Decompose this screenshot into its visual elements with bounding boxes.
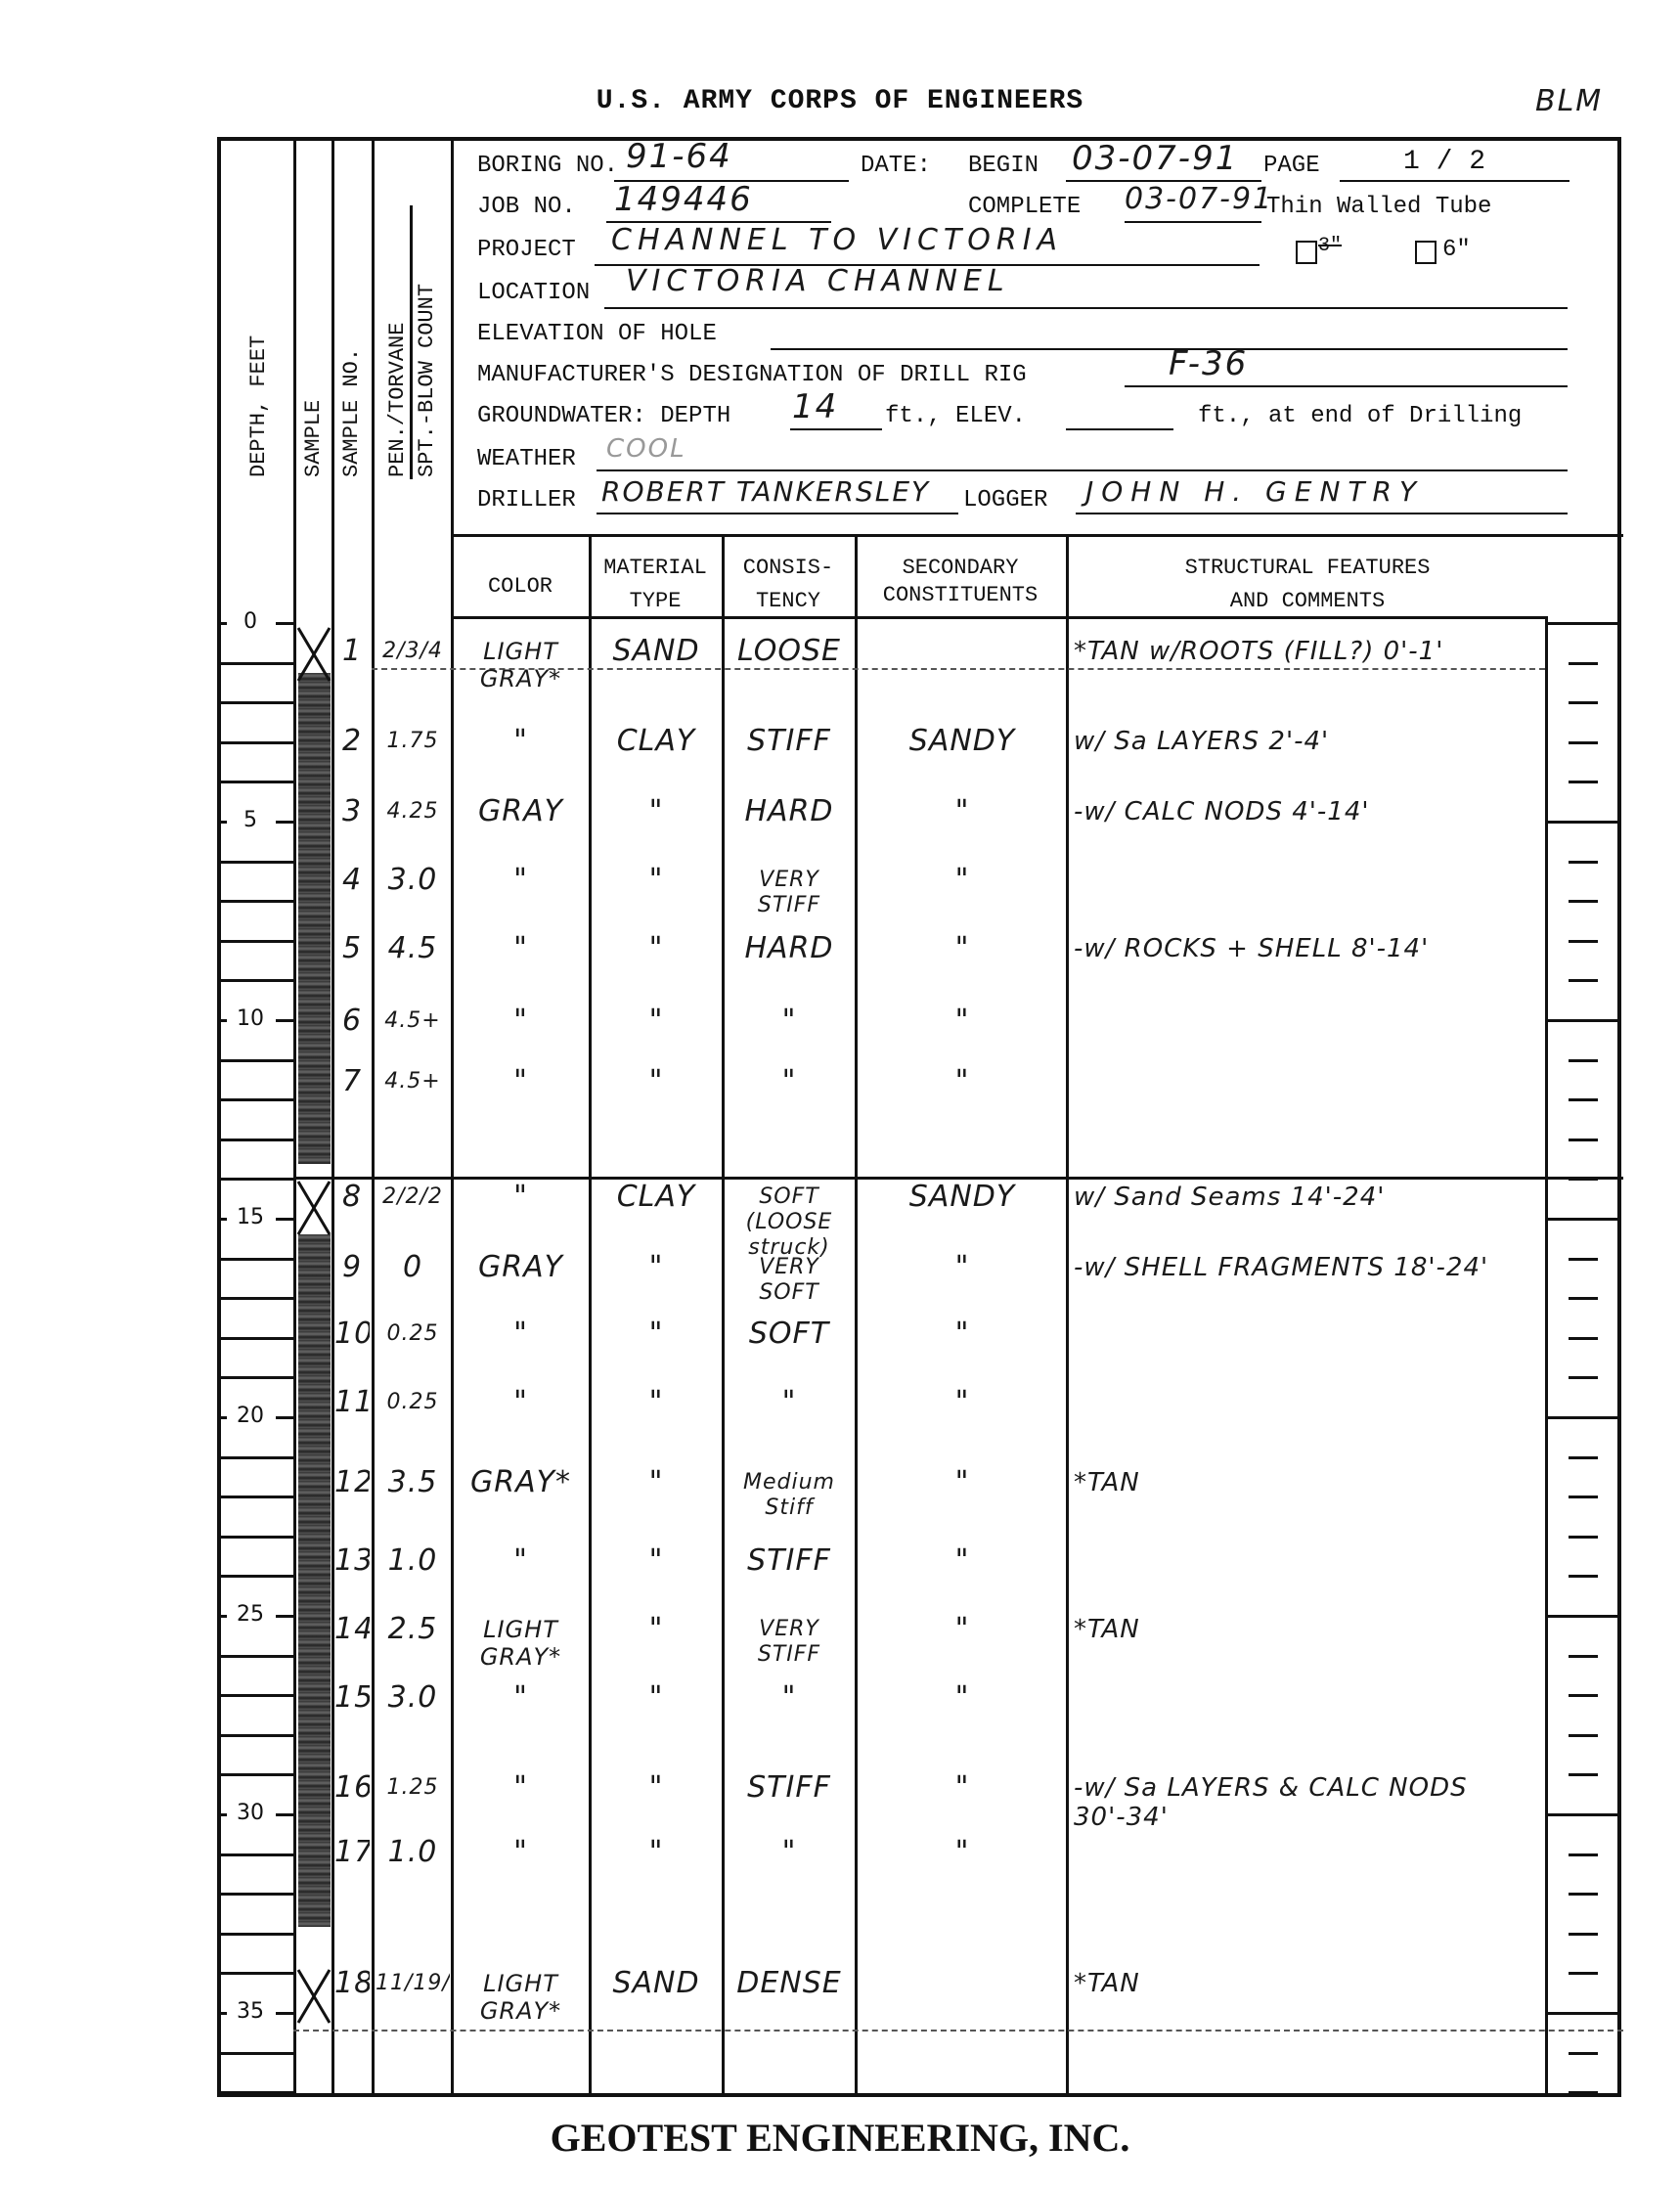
color-cell: " — [455, 932, 587, 965]
depth-tick-right — [1569, 2052, 1598, 2055]
material-header-1: MATERIAL — [591, 554, 720, 583]
material-cell: " — [593, 1836, 720, 1869]
depth-label: 35 — [227, 1999, 274, 2024]
pen-value-cell: 1.25 — [376, 1775, 450, 1801]
depth-tick-right — [1569, 1972, 1598, 1975]
depth-tick-right — [1569, 1893, 1598, 1896]
secondary-cell: " — [861, 1613, 1064, 1646]
pen-value-cell: 0.25 — [376, 1321, 450, 1347]
drill-rig-value[interactable]: F-36 — [1169, 344, 1248, 383]
depth-tick — [221, 1933, 293, 1936]
depth-tick-major-right — [276, 2012, 293, 2015]
weather-label: WEATHER — [477, 446, 576, 472]
pen-value-cell: 0.25 — [376, 1390, 450, 1415]
pen-value-cell: 1.75 — [376, 729, 450, 754]
page-label: PAGE — [1263, 153, 1320, 179]
depth-tick-right — [1547, 1019, 1621, 1022]
material-cell: " — [593, 1386, 720, 1419]
logger-line — [1076, 513, 1568, 514]
sample-no-cell: 16 — [334, 1771, 370, 1805]
elevation-label: ELEVATION OF HOLE — [477, 321, 717, 347]
consistency-cell: LOOSE — [726, 635, 853, 668]
color-cell: LIGHT GRAY* — [455, 1970, 587, 2025]
sample-no-cell: 12 — [334, 1466, 370, 1499]
depth-tick-right — [1569, 701, 1598, 704]
depth-tick — [221, 1734, 293, 1737]
complete-date-value[interactable]: 03-07-91 — [1125, 182, 1273, 216]
depth-tick-right — [1569, 1337, 1598, 1340]
consistency-cell: " — [726, 1065, 853, 1098]
pen-value-cell: 2.5 — [376, 1613, 450, 1646]
depth-tick — [221, 1773, 293, 1776]
material-cell: " — [593, 1065, 720, 1098]
pen-value-cell: 0 — [376, 1251, 450, 1284]
sample-no-cell: 4 — [334, 864, 370, 897]
sample-no-cell: 14 — [334, 1613, 370, 1646]
depth-tick-right — [1569, 861, 1598, 864]
color-cell: " — [455, 1065, 587, 1098]
material-cell: SAND — [593, 1967, 720, 2000]
driller-line — [597, 513, 958, 514]
depth-tick-right — [1569, 1098, 1598, 1101]
depth-tick — [221, 701, 293, 704]
depth-tick — [221, 1893, 293, 1896]
consistency-header-1: CONSIS- — [724, 554, 853, 583]
depth-tick-right — [1569, 781, 1598, 783]
depth-tick-right — [1569, 2091, 1598, 2094]
material-cell: CLAY — [593, 1181, 720, 1214]
tube-3in-label: 3" — [1318, 235, 1342, 257]
pen-value-cell: 3.0 — [376, 864, 450, 897]
tube-6in-label: 6" — [1442, 237, 1471, 263]
secondary-cell: " — [861, 1836, 1064, 1869]
depth-tick-major-right — [276, 1218, 293, 1221]
complete-line — [1125, 221, 1261, 223]
job-no-value[interactable]: 149446 — [614, 180, 753, 219]
consistency-cell: VERY SOFT — [726, 1255, 853, 1306]
depth-tick — [221, 1376, 293, 1379]
depth-tick — [221, 1098, 293, 1101]
depth-tick-right — [1569, 1575, 1598, 1578]
depth-tick-right — [1547, 1218, 1621, 1221]
depth-tick-right — [1569, 1536, 1598, 1539]
material-cell: " — [593, 1251, 720, 1284]
depth-tick-right — [1569, 1496, 1598, 1498]
sample-no-cell: 5 — [334, 932, 370, 965]
color-cell: " — [455, 864, 587, 897]
groundwater-elev-line — [1066, 428, 1173, 430]
sample-header: SAMPLE — [301, 400, 326, 477]
divider-secondary — [1066, 534, 1069, 2097]
sample-no-cell: 13 — [334, 1544, 370, 1578]
page-value: 1 / 2 — [1403, 147, 1485, 177]
depth-tick-right — [1547, 622, 1621, 625]
depth-tick-major-right — [276, 821, 293, 824]
logger-value[interactable]: JOHN H. GENTRY — [1085, 475, 1424, 508]
depth-tick — [221, 940, 293, 943]
stratum-line-3 — [293, 2030, 1623, 2032]
color-cell: " — [455, 1544, 587, 1578]
depth-header: DEPTH, FEET — [246, 335, 271, 477]
depth-tick-major-right — [276, 1813, 293, 1816]
consistency-cell: DENSE — [726, 1967, 853, 2000]
color-cell: LIGHT GRAY* — [455, 1616, 587, 1671]
depth-tick-right — [1569, 1853, 1598, 1856]
depth-tick — [221, 1853, 293, 1856]
material-cell: " — [593, 1544, 720, 1578]
consistency-cell: " — [726, 1836, 853, 1869]
comment-cell: -w/ SHELL FRAGMENTS 18'-24' — [1074, 1253, 1543, 1282]
reviewer-initials: BLM — [1535, 84, 1603, 118]
material-cell: CLAY — [593, 725, 720, 758]
job-no-label: JOB NO. — [477, 194, 576, 220]
depth-label: 30 — [227, 1801, 274, 1825]
depth-tick-right — [1547, 821, 1621, 824]
column-header-bottom-line — [451, 616, 1548, 619]
depth-tick-right — [1569, 1694, 1598, 1697]
depth-tick — [221, 1297, 293, 1300]
divider-material — [722, 534, 725, 2097]
pen-value-cell: 1.0 — [376, 1836, 450, 1869]
depth-tick-major-right — [276, 1019, 293, 1022]
depth-label: 15 — [227, 1205, 274, 1229]
depth-tick — [221, 1536, 293, 1539]
depth-label: 0 — [227, 609, 274, 634]
depth-label: 10 — [227, 1006, 274, 1031]
pen-spt-fraction-bar — [410, 205, 413, 479]
weather-value[interactable]: COOL — [606, 434, 686, 464]
color-cell: GRAY* — [455, 1466, 587, 1499]
depth-tick-major-right — [276, 622, 293, 625]
secondary-cell: " — [861, 1065, 1064, 1098]
location-label: LOCATION — [477, 280, 590, 306]
sample-no-cell: 7 — [334, 1065, 370, 1098]
comment-cell: *TAN — [1074, 1969, 1543, 1998]
project-label: PROJECT — [477, 237, 576, 263]
color-cell: LIGHT GRAY* — [455, 638, 587, 692]
pen-value-cell: 4.5 — [376, 932, 450, 965]
consistency-cell: Medium Stiff — [726, 1470, 853, 1521]
depth-tick-right — [1569, 741, 1598, 744]
secondary-header-2: CONSTITUENTS — [857, 581, 1064, 610]
groundwater-depth-value[interactable]: 14 — [792, 387, 838, 426]
depth-tick-right — [1547, 2012, 1621, 2015]
secondary-cell: " — [861, 1386, 1064, 1419]
sample-no-cell: 2 — [334, 725, 370, 758]
depth-tick — [221, 741, 293, 744]
company-footer: GEOTEST ENGINEERING, INC. — [0, 2115, 1680, 2161]
consistency-cell: SOFT — [726, 1317, 853, 1351]
material-cell: " — [593, 795, 720, 828]
divider-consistency — [855, 534, 858, 2097]
pen-value-cell: 2/3/4 — [376, 639, 450, 664]
color-cell: " — [455, 1681, 587, 1715]
depth-tick-right — [1569, 1376, 1598, 1379]
consistency-cell: STIFF — [726, 725, 853, 758]
depth-tick-right — [1569, 940, 1598, 943]
depth-tick-right — [1569, 1933, 1598, 1936]
pen-value-cell: 3.0 — [376, 1681, 450, 1715]
depth-tick — [221, 781, 293, 783]
depth-tick — [221, 861, 293, 864]
comment-cell: -w/ Sa LAYERS & CALC NODS 30'-34' — [1074, 1773, 1543, 1832]
divider-depth — [293, 137, 296, 2097]
depth-tick-right — [1569, 1059, 1598, 1062]
secondary-cell: " — [861, 1251, 1064, 1284]
consistency-cell: STIFF — [726, 1544, 853, 1578]
divider-sample-no — [372, 137, 375, 2097]
consistency-header-2: TENCY — [724, 587, 853, 616]
depth-tick-right — [1569, 1297, 1598, 1300]
depth-tick-right — [1569, 1773, 1598, 1776]
pen-value-cell: 1.0 — [376, 1544, 450, 1578]
consistency-cell: " — [726, 1386, 853, 1419]
sample-no-cell: 6 — [334, 1005, 370, 1038]
material-cell: " — [593, 1317, 720, 1351]
split-spoon-sample-icon — [296, 1180, 332, 1236]
shelby-tube-sample — [298, 1234, 331, 1927]
date-label: DATE: — [861, 153, 931, 179]
driller-label: DRILLER — [477, 487, 576, 514]
structural-header-1: STRUCTURAL FEATURES — [1068, 554, 1547, 583]
color-header: COLOR — [454, 572, 587, 602]
material-cell: " — [593, 1771, 720, 1805]
consistency-cell: " — [726, 1681, 853, 1715]
depth-tick-right — [1547, 1813, 1621, 1816]
depth-label: 5 — [227, 808, 274, 832]
material-cell: " — [593, 1613, 720, 1646]
material-cell: " — [593, 1466, 720, 1499]
secondary-cell: " — [861, 932, 1064, 965]
secondary-header-1: SECONDARY — [857, 554, 1064, 583]
color-cell: GRAY — [455, 795, 587, 828]
spt-blow-count-header: SPT.-BLOW COUNT — [415, 284, 439, 477]
shelby-tube-sample — [298, 673, 331, 1164]
divider-pen — [451, 137, 454, 2097]
tube-label: Thin Walled Tube — [1266, 194, 1491, 220]
sample-no-cell: 17 — [334, 1836, 370, 1869]
tube-3in-checkbox[interactable] — [1296, 241, 1317, 264]
page-line — [1340, 180, 1569, 182]
secondary-cell: SANDY — [861, 725, 1064, 758]
agency-title: U.S. ARMY CORPS OF ENGINEERS — [0, 86, 1680, 116]
depth-tick — [221, 1496, 293, 1498]
secondary-cell: SANDY — [861, 1181, 1064, 1214]
consistency-cell: STIFF — [726, 1771, 853, 1805]
consistency-cell: VERY STIFF — [726, 868, 853, 918]
depth-tick-right — [1569, 1734, 1598, 1737]
depth-tick — [221, 1655, 293, 1658]
color-cell: " — [455, 1386, 587, 1419]
depth-tick — [221, 1059, 293, 1062]
material-header-2: TYPE — [591, 587, 720, 616]
color-cell: " — [455, 1181, 587, 1214]
location-value[interactable]: VICTORIA CHANNEL — [626, 264, 1010, 298]
boring-no-value[interactable]: 91-64 — [626, 137, 732, 176]
pen-value-cell: 4.5+ — [376, 1008, 450, 1034]
depth-label: 25 — [227, 1602, 274, 1627]
depth-tick-right — [1569, 1258, 1598, 1261]
depth-tick-right — [1569, 1139, 1598, 1141]
depth-tick-right — [1569, 900, 1598, 903]
pen-value-cell: 11/19/19 — [376, 1971, 450, 1996]
depth-tick-right — [1547, 1615, 1621, 1618]
depth-tick — [221, 1337, 293, 1340]
color-cell: " — [455, 1771, 587, 1805]
header-bottom-line — [451, 534, 1623, 537]
pen-torvane-header: PEN./TORVANE — [385, 323, 410, 477]
complete-label: COMPLETE — [968, 194, 1081, 220]
depth-tick — [221, 1258, 293, 1261]
weather-line — [597, 469, 1568, 471]
secondary-cell: " — [861, 864, 1064, 897]
depth-tick — [221, 1694, 293, 1697]
material-cell: SAND — [593, 635, 720, 668]
consistency-cell: " — [726, 1005, 853, 1038]
pen-value-cell: 4.5+ — [376, 1069, 450, 1094]
end-of-drilling-label: ft., at end of Drilling — [1198, 403, 1522, 429]
divider-color — [589, 534, 592, 2097]
begin-label: BEGIN — [968, 153, 1039, 179]
boring-no-label: BORING NO. — [477, 153, 618, 179]
depth-tick — [221, 1456, 293, 1459]
depth-tick-major-right — [276, 1615, 293, 1618]
depth-tick — [221, 2052, 293, 2055]
depth-tick-right — [1569, 979, 1598, 982]
comment-cell: w/ Sand Seams 14'-24' — [1074, 1183, 1543, 1212]
location-line — [604, 307, 1568, 309]
sample-no-cell: 15 — [334, 1681, 370, 1715]
consistency-cell: SOFT (LOOSE struck) — [726, 1184, 853, 1261]
secondary-cell: " — [861, 1466, 1064, 1499]
sample-no-cell: 3 — [334, 795, 370, 828]
material-cell: " — [593, 864, 720, 897]
secondary-cell: " — [861, 1681, 1064, 1715]
depth-tick-right — [1569, 1655, 1598, 1658]
sample-no-cell: 10 — [334, 1317, 370, 1351]
split-spoon-sample-icon — [296, 626, 332, 683]
split-spoon-sample-icon — [296, 1968, 332, 2025]
tube-6in-checkbox[interactable] — [1415, 241, 1437, 264]
begin-date-value[interactable]: 03-07-91 — [1072, 139, 1238, 178]
color-cell: " — [455, 1836, 587, 1869]
secondary-cell: " — [861, 1005, 1064, 1038]
depth-tick-right — [1569, 1456, 1598, 1459]
drill-rig-label: MANUFACTURER'S DESIGNATION OF DRILL RIG — [477, 362, 1027, 388]
logger-label: LOGGER — [963, 487, 1047, 514]
secondary-cell: " — [861, 1771, 1064, 1805]
depth-tick — [221, 2091, 293, 2094]
consistency-cell: HARD — [726, 795, 853, 828]
comment-cell: -w/ CALC NODS 4'-14' — [1074, 797, 1543, 826]
depth-tick — [221, 1178, 293, 1181]
sample-no-header: SAMPLE NO. — [339, 348, 364, 477]
depth-tick — [221, 900, 293, 903]
sample-no-cell: 11 — [334, 1386, 370, 1419]
consistency-cell: HARD — [726, 932, 853, 965]
depth-tick-right — [1569, 1178, 1598, 1181]
color-cell: " — [455, 1005, 587, 1038]
stratum-line-2 — [293, 1177, 1623, 1180]
comment-cell: -w/ ROCKS + SHELL 8'-14' — [1074, 934, 1543, 963]
depth-tick — [221, 1972, 293, 1975]
comment-cell: *TAN — [1074, 1615, 1543, 1644]
sample-no-cell: 8 — [334, 1181, 370, 1214]
ft-elev-label: ft., ELEV. — [885, 403, 1026, 429]
driller-value[interactable]: ROBERT TANKERSLEY — [601, 475, 930, 508]
secondary-cell: " — [861, 795, 1064, 828]
material-cell: " — [593, 1005, 720, 1038]
color-cell: " — [455, 1317, 587, 1351]
drill-rig-line — [1125, 385, 1568, 387]
depth-label: 20 — [227, 1404, 274, 1428]
comment-cell: *TAN — [1074, 1468, 1543, 1497]
depth-tick-right — [1547, 1416, 1621, 1419]
pen-value-cell: 2/2/2 — [376, 1184, 450, 1210]
project-value[interactable]: CHANNEL TO VICTORIA — [611, 223, 1063, 257]
divider-comments — [1545, 616, 1548, 2097]
material-cell: " — [593, 1681, 720, 1715]
depth-tick-major-right — [276, 1416, 293, 1419]
secondary-cell: " — [861, 1544, 1064, 1578]
pen-value-cell: 3.5 — [376, 1466, 450, 1499]
consistency-cell: VERY STIFF — [726, 1617, 853, 1668]
groundwater-depth-line — [790, 428, 882, 430]
comment-cell: w/ Sa LAYERS 2'-4' — [1074, 727, 1543, 756]
color-cell: GRAY — [455, 1251, 587, 1284]
sample-no-cell: 1 — [334, 635, 370, 668]
depth-tick — [221, 979, 293, 982]
color-cell: " — [455, 725, 587, 758]
secondary-cell: " — [861, 1317, 1064, 1351]
depth-tick — [221, 1139, 293, 1141]
depth-tick — [221, 662, 293, 665]
material-cell: " — [593, 932, 720, 965]
groundwater-label: GROUNDWATER: DEPTH — [477, 403, 730, 429]
sample-no-cell: 9 — [334, 1251, 370, 1284]
depth-tick-right — [1569, 662, 1598, 665]
structural-header-2: AND COMMENTS — [1068, 587, 1547, 616]
depth-tick — [221, 1575, 293, 1578]
sample-no-cell: 18 — [334, 1967, 370, 2000]
pen-value-cell: 4.25 — [376, 799, 450, 825]
comment-cell: *TAN w/ROOTS (FILL?) 0'-1' — [1074, 637, 1543, 666]
